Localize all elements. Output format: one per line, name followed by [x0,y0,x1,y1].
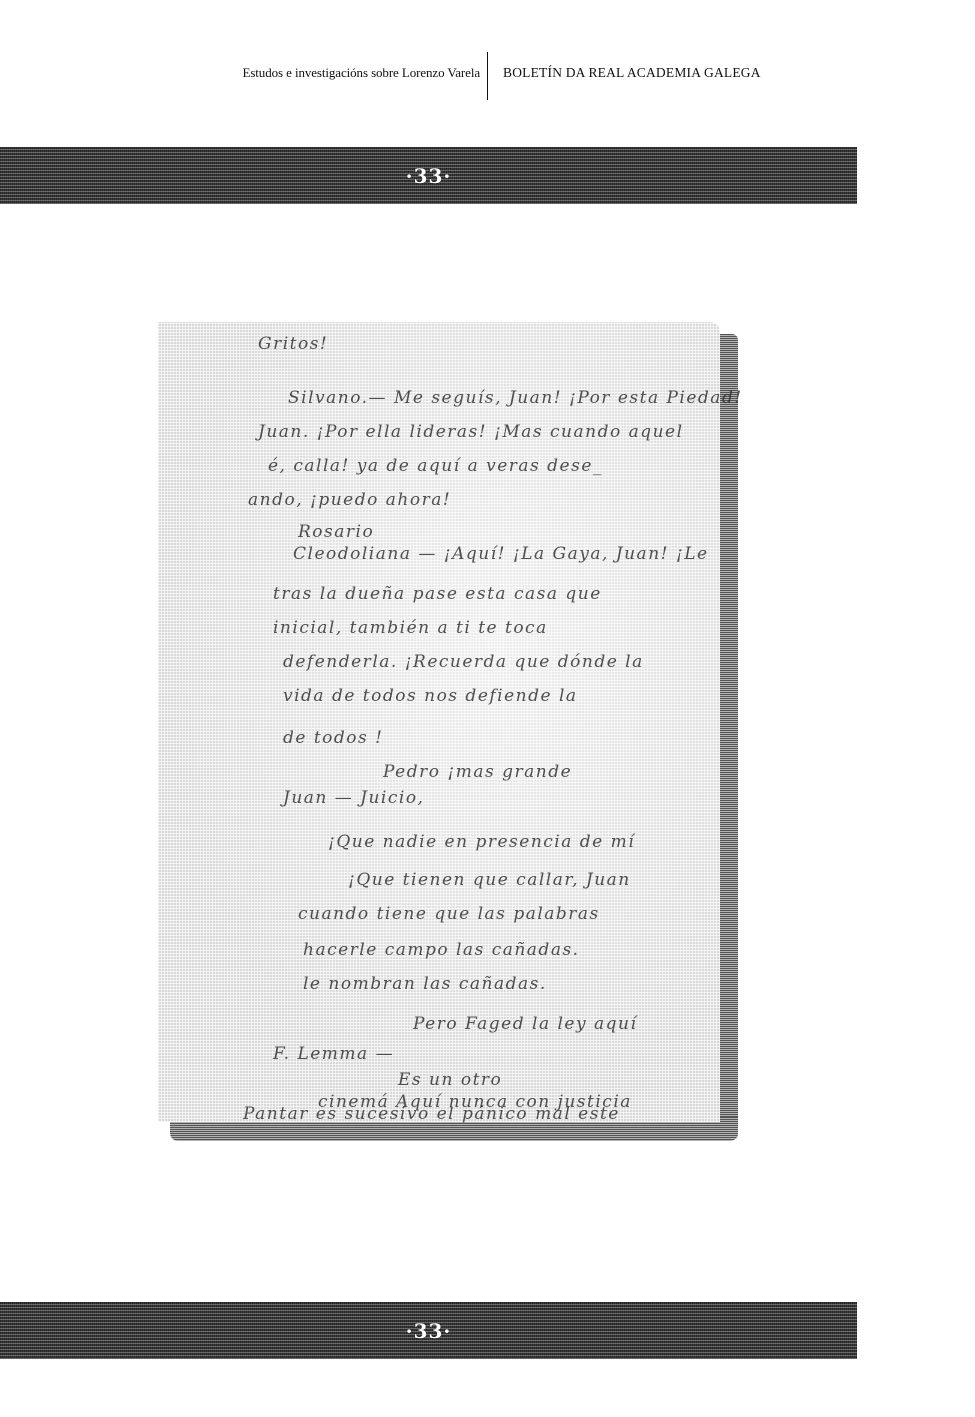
manuscript-line: cuando tiene que las palabras [298,904,600,924]
top-page-number: ·33· [0,164,857,188]
manuscript-line: vida de todos nos defiende la [283,686,578,706]
manuscript-line: F. Lemma — [273,1044,394,1064]
top-page-number-banner: ·33· [0,147,857,204]
manuscript-line: de todos ! [283,728,384,748]
running-head-divider [487,52,488,100]
manuscript-line: Pantar es sucesivo el pánico mal este [243,1104,620,1124]
manuscript-page: Gritos!Silvano.— Me seguís, Juan! ¡Por e… [158,322,720,1122]
manuscript-line: ando, ¡puedo ahora! [248,490,451,510]
running-head-series-title: Estudos e investigacións sobre Lorenzo V… [243,65,481,81]
manuscript-line: le nombran las cañadas. [303,974,547,994]
manuscript-line: Gritos! [258,334,328,354]
manuscript-line: é, calla! ya de aquí a veras dese_ [268,456,603,476]
manuscript-line: ¡Que nadie en presencia de mí [328,832,635,852]
running-head-journal-title: BOLETÍN DA REAL ACADEMIA GALEGA [503,65,761,81]
manuscript-line: Pedro ¡mas grande [383,762,572,782]
manuscript-line: Juan — Juicio, [283,788,424,808]
manuscript-line: defenderla. ¡Recuerda que dónde la [283,652,644,672]
bottom-page-number-banner: ·33· [0,1302,857,1359]
manuscript-line: Silvano.— Me seguís, Juan! ¡Por esta Pie… [288,388,743,408]
manuscript-line: Pero Faged la ley aquí [413,1014,637,1034]
manuscript-figure: Gritos!Silvano.— Me seguís, Juan! ¡Por e… [158,322,740,1142]
manuscript-line: ¡Que tienen que callar, Juan [348,870,631,890]
manuscript-line: tras la dueña pase esta casa que [273,584,602,604]
manuscript-line: Es un otro [398,1070,502,1090]
manuscript-line: inicial, también a ti te toca [273,618,548,638]
bottom-page-number: ·33· [0,1319,857,1343]
manuscript-line: Cleodoliana — ¡Aquí! ¡La Gaya, Juan! ¡Le [293,544,709,564]
manuscript-line: Juan. ¡Por ella lideras! ¡Mas cuando aqu… [258,422,684,442]
running-head: Estudos e investigacións sobre Lorenzo V… [0,52,975,100]
manuscript-line: Rosario [298,522,374,542]
manuscript-line: hacerle campo las cañadas. [303,940,580,960]
